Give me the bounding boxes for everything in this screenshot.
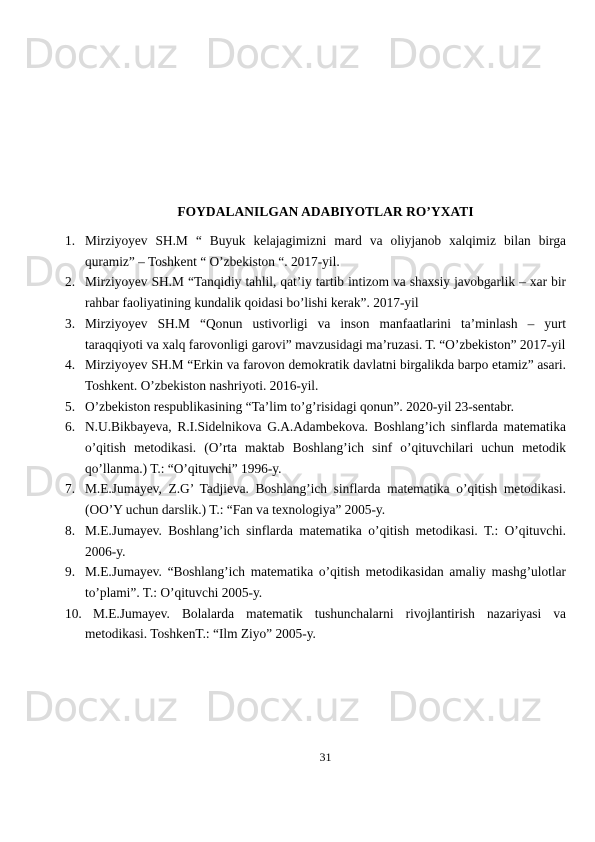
- reference-text: Mirziyoyev SH.M “Erkin va farovon demokr…: [85, 355, 566, 396]
- reference-item: 5.O’zbekiston respublikasining “Ta’lim t…: [0, 397, 566, 418]
- reference-item: 6.N.U.Bikbayeva, R.I.Sidelnikova G.A.Ada…: [0, 417, 566, 479]
- reference-item: 9.M.E.Jumayev. “Boshlang’ich matematika …: [0, 562, 566, 603]
- reference-text: N.U.Bikbayeva, R.I.Sidelnikova G.A.Adamb…: [85, 417, 566, 479]
- bibliography-title: FOYDALANILGAN ADABIYOTLAR RO’YXATI: [85, 202, 566, 223]
- reference-item: 4.Mirziyoyev SH.M “Erkin va farovon demo…: [0, 355, 566, 396]
- reference-text: M.E.Jumayev. Boshlang’ich sinflarda mate…: [85, 521, 566, 562]
- reference-text: M.E.Jumayev, Z.G’ Tadjieva. Boshlang’ich…: [85, 479, 566, 520]
- reference-number: 4.: [65, 355, 75, 376]
- reference-item: 1.Mirziyoyev SH.M “ Buyuk kelajagimizni …: [0, 231, 566, 272]
- reference-number: 2.: [65, 272, 75, 293]
- reference-text: M.E.Jumayev. Bolalarda matematik tushunc…: [85, 604, 566, 645]
- reference-number: 7.: [65, 479, 75, 500]
- reference-text: Mirziyoyev SH.M “Tanqidiy tahlil, qat’iy…: [85, 272, 566, 313]
- watermark: Docx.uz: [23, 34, 177, 75]
- reference-item: 3.Mirziyoyev SH.M “Qonun ustivorligi va …: [0, 314, 566, 355]
- reference-text: Mirziyoyev SH.M “Qonun ustivorligi va in…: [85, 314, 566, 355]
- reference-list: 1.Mirziyoyev SH.M “ Buyuk kelajagimizni …: [0, 231, 595, 645]
- reference-number: 1.: [65, 231, 75, 252]
- reference-number: 10.: [65, 604, 82, 625]
- reference-number: 3.: [65, 314, 75, 335]
- reference-item: 10.M.E.Jumayev. Bolalarda matematik tush…: [0, 604, 566, 645]
- reference-text: Mirziyoyev SH.M “ Buyuk kelajagimizni ma…: [85, 231, 566, 272]
- watermark: Docx.uz: [205, 687, 359, 728]
- watermark: Docx.uz: [205, 34, 359, 75]
- document-page: Docx.uz Docx.uz Docx.uz Docx.uz Docx.uz …: [0, 0, 595, 842]
- page-number: 31: [85, 749, 566, 765]
- watermark: Docx.uz: [387, 687, 541, 728]
- reference-number: 5.: [65, 397, 75, 418]
- reference-item: 8.M.E.Jumayev. Boshlang’ich sinflarda ma…: [0, 521, 566, 562]
- reference-text: M.E.Jumayev. “Boshlang’ich matematika o’…: [85, 562, 566, 603]
- reference-item: 7.M.E.Jumayev, Z.G’ Tadjieva. Boshlang’i…: [0, 479, 566, 520]
- reference-number: 8.: [65, 521, 75, 542]
- reference-number: 6.: [65, 417, 75, 438]
- reference-number: 9.: [65, 562, 75, 583]
- reference-item: 2.Mirziyoyev SH.M “Tanqidiy tahlil, qat’…: [0, 272, 566, 313]
- reference-text: O’zbekiston respublikasining “Ta’lim to’…: [85, 397, 566, 418]
- watermark: Docx.uz: [387, 34, 541, 75]
- watermark: Docx.uz: [23, 687, 177, 728]
